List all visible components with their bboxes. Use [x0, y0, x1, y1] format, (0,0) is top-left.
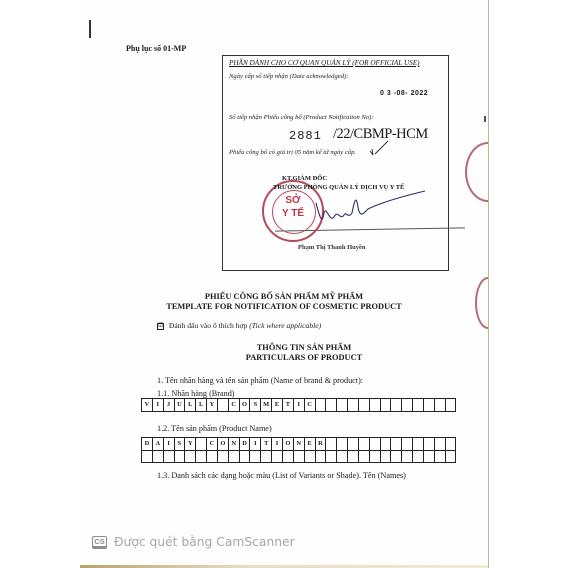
- tick-instruction-vi: Đánh dấu vào ô thích hợp: [169, 321, 247, 330]
- official-use-box: PHẦN DÀNH CHO CƠ QUAN QUẢN LÝ (FOR OFFIC…: [222, 55, 449, 271]
- document-title-en: TEMPLATE FOR NOTIFICATION OF COSMETIC PR…: [0, 302, 568, 311]
- official-use-title: PHẦN DÀNH CHO CƠ QUAN QUẢN LÝ (FOR OFFIC…: [229, 59, 420, 67]
- handwritten-signature: [310, 183, 430, 233]
- grid-cell: [445, 450, 457, 464]
- signer-name: Phạm Thị Thanh Huyền: [298, 244, 366, 251]
- product-name-grid: DAISYCONDITIONER: [141, 438, 456, 463]
- appendix-label: Phụ lục số 01-MP: [126, 44, 186, 53]
- camscanner-watermark: Được quét bằng CamScanner: [114, 535, 295, 549]
- grid-row: [141, 451, 456, 464]
- scan-mark: [89, 20, 91, 38]
- product-name-label: 1.2. Tên sản phẩm (Product Name): [157, 424, 272, 433]
- grid-row: VIJULLYCOSMETIC: [141, 399, 456, 412]
- notification-no-label: Số tiếp nhận Phiếu công bố (Product Noti…: [229, 114, 373, 121]
- grid-cell: [445, 398, 457, 412]
- section-title-vi: THÔNG TIN SẢN PHẨM: [0, 343, 568, 352]
- camscanner-logo-icon: CS: [92, 536, 107, 549]
- notification-number: 2881: [289, 129, 322, 143]
- date-acknowledged-label: Ngày cấp số tiếp nhận (Date acknowledged…: [229, 73, 348, 80]
- section-title-en: PARTICULARS OF PRODUCT: [0, 353, 568, 362]
- checkmark-icon: [368, 139, 390, 157]
- document-title-vi: PHIẾU CÔNG BỐ SẢN PHẨM MỸ PHẨM: [0, 292, 568, 301]
- brand-grid: VIJULLYCOSMETIC: [141, 399, 456, 412]
- brand-label: 1.1. Nhãn hàng (Brand): [157, 389, 235, 398]
- scan-mark-right: [484, 116, 486, 122]
- question-1-label: 1. Tên nhãn hàng và tên sản phẩm (Name o…: [157, 376, 363, 385]
- validity-text: Phiếu công bố có giá trị 05 năm kể từ ng…: [229, 149, 356, 156]
- variants-label: 1.3. Danh sách các dạng hoặc màu (List o…: [157, 471, 406, 480]
- checkbox-icon: ☑: [157, 323, 164, 330]
- signer-title-line1: KT.GIÁM ĐỐC: [282, 175, 327, 182]
- tick-instruction-en: (Tick where applicable): [249, 321, 321, 330]
- date-acknowledged-value: 0 3 -08- 2022: [380, 90, 428, 97]
- tick-instruction: ☑ Đánh dấu vào ô thích hợp (Tick where a…: [157, 321, 321, 330]
- grid-cell: [445, 437, 457, 451]
